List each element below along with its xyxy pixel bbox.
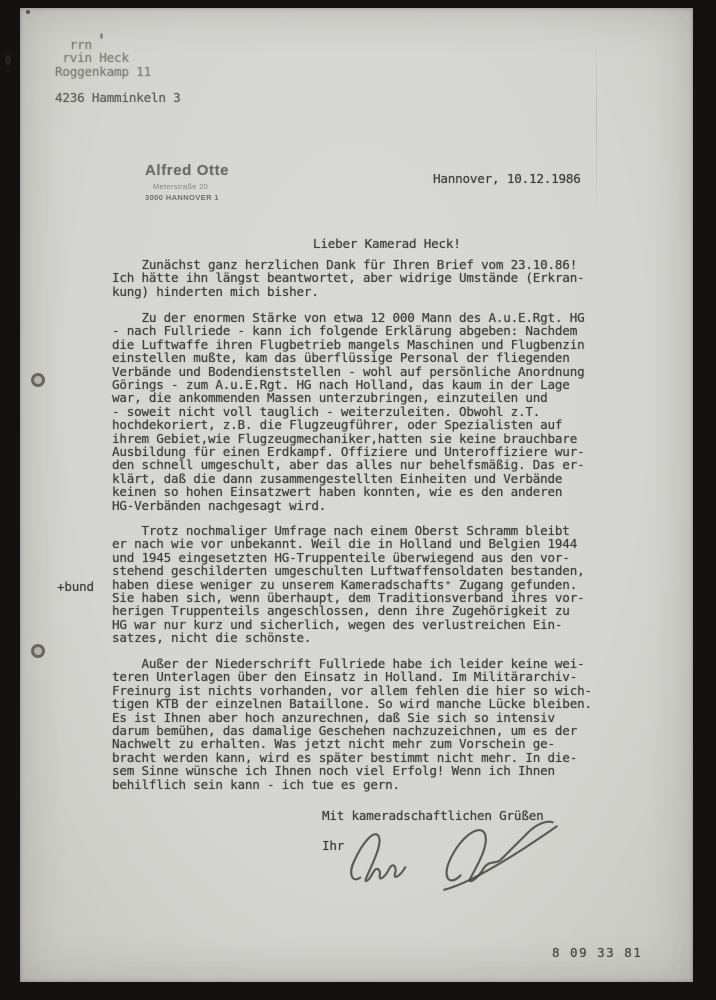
sender-city: 3000 HANNOVER 1	[145, 193, 229, 202]
scanned-letter: rrn rvin Heck Roggenkamp 11 4236 Hammink…	[0, 0, 716, 1000]
recipient-address: rrn rvin Heck Roggenkamp 11	[55, 38, 151, 78]
punch-hole-bottom	[31, 644, 45, 658]
salutation: Lieber Kamerad Heck!	[313, 237, 461, 250]
paragraph-1: Zunächst ganz herzlichen Dank für Ihren …	[112, 258, 584, 298]
sender-letterhead: Alfred Otte Meterstraße 20 3000 HANNOVER…	[145, 162, 229, 202]
letter-content: rrn rvin Heck Roggenkamp 11 4236 Hammink…	[0, 0, 716, 1000]
punch-hole-top	[31, 373, 45, 387]
margin-note: +bund	[57, 580, 94, 593]
sender-street: Meterstraße 20	[153, 182, 229, 191]
signature-intro: Ihr	[322, 839, 344, 852]
scan-speck	[5, 55, 11, 65]
handwritten-signature	[346, 816, 571, 896]
sender-name: Alfred Otte	[145, 162, 229, 179]
dateline: Hannover, 10.12.1986	[433, 172, 581, 185]
archive-number: 8 09 33 81	[552, 946, 642, 959]
paragraph-4: Außer der Niederschrift Fullriede habe i…	[112, 657, 592, 791]
scan-speck	[100, 33, 103, 39]
scan-speck	[26, 10, 30, 14]
paragraph-2: Zu der enormen Stärke von etwa 12 000 Ma…	[112, 311, 584, 512]
paragraph-3: Trotz nochmaliger Umfrage nach einem Obe…	[112, 524, 584, 645]
recipient-city-line: 4236 Hamminkeln 3	[55, 91, 181, 104]
